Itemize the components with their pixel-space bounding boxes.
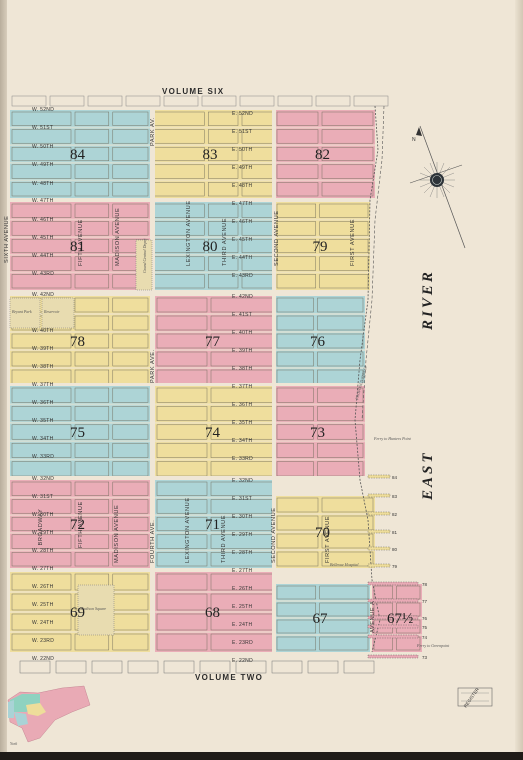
city-block — [308, 661, 338, 673]
pier — [368, 530, 390, 533]
street — [10, 459, 150, 461]
west-street-label: W. 42ND — [32, 292, 54, 298]
east-street-label: E. 38TH — [232, 366, 253, 372]
index-map: 848382818079787776757473 Bryant ParkRese… — [0, 0, 523, 760]
street — [275, 403, 365, 405]
svg-text:York: York — [10, 741, 17, 746]
street — [10, 497, 150, 499]
west-street-label: W. 43RD — [32, 271, 54, 277]
city-block — [354, 96, 388, 106]
pier — [368, 547, 390, 550]
sheet-number: 69 — [70, 605, 85, 621]
major-street — [8, 198, 378, 202]
street — [275, 127, 375, 129]
city-block — [202, 96, 236, 106]
street — [150, 144, 275, 146]
east-street-label: E. 26TH — [232, 586, 253, 592]
street — [155, 313, 275, 315]
sheet-number: 74 — [205, 425, 221, 441]
west-street-label: W. 38TH — [32, 364, 54, 370]
avenue-label: PARK AV. — [150, 117, 156, 146]
street — [275, 179, 375, 181]
east-street-label: E. 35TH — [232, 420, 253, 426]
west-street-label: W. 44TH — [32, 253, 54, 259]
pier-number: 77 — [422, 599, 428, 604]
pier-number: 83 — [392, 494, 398, 499]
pier-number: 74 — [422, 635, 428, 640]
east-street-label: E. 50TH — [232, 147, 253, 153]
sheet-number: 84 — [70, 147, 86, 163]
east-street-label: E. 22ND — [232, 658, 253, 664]
city-block — [272, 661, 302, 673]
pier-number: 84 — [392, 475, 398, 480]
street — [150, 236, 275, 238]
pier-number: 73 — [422, 655, 428, 660]
avenue-label: BROADWAY — [38, 509, 44, 546]
avenue-label: SECOND AVENUE — [271, 507, 277, 563]
sheet-number: 79 — [313, 239, 328, 255]
avenue-label: SIXTH AVENUE — [4, 215, 10, 263]
street — [275, 422, 365, 424]
west-street-label: W. 50TH — [32, 144, 54, 150]
street — [150, 271, 275, 273]
street — [155, 367, 275, 369]
east-street-label: E. 31ST — [232, 496, 252, 502]
sheet-number: 81 — [70, 239, 85, 255]
east-street-label: E. 52ND — [232, 111, 253, 117]
east-street-label: E. 46TH — [232, 219, 253, 225]
street — [10, 271, 150, 273]
west-street-label: W. 27TH — [32, 566, 54, 572]
street — [10, 549, 150, 551]
west-street-label: W. 39TH — [32, 346, 54, 352]
map-note: Ferry to Greenpoint — [416, 643, 450, 648]
sheet-number: 75 — [70, 425, 85, 441]
west-street-label: W. 23RD — [32, 638, 54, 644]
avenue-label: FOURTH AVE. — [150, 520, 156, 563]
map-note: Ferry to Hunters Point — [373, 436, 412, 441]
street — [10, 367, 150, 369]
east-street-label: E. 41ST — [232, 312, 252, 318]
svg-text:REGISTER: REGISTER — [463, 686, 481, 708]
map-note: Bellevue Hospital — [330, 562, 359, 567]
city-block — [164, 661, 194, 673]
pier — [368, 635, 418, 638]
east-street-label: E. 45TH — [232, 237, 253, 243]
east-street-label: E. 34TH — [232, 438, 253, 444]
street — [275, 144, 375, 146]
sheet-number: 78 — [70, 334, 85, 350]
sheet-number: 67½ — [387, 611, 413, 627]
west-street-label: W. 37TH — [32, 382, 54, 388]
east-street-label: E. 39TH — [232, 348, 253, 354]
avenue-label: PARK AVE. — [150, 349, 156, 383]
pier-number: 80 — [392, 547, 398, 552]
east-street-label: E. 36TH — [232, 402, 253, 408]
sheet-number: 80 — [203, 239, 218, 255]
street — [275, 600, 370, 602]
register-stamp: REGISTER — [458, 686, 492, 708]
east-street-label: E. 25TH — [232, 604, 253, 610]
west-street-label: W. 28TH — [32, 548, 54, 554]
west-street-label: W. 52ND — [32, 107, 54, 113]
major-avenue — [272, 104, 276, 660]
major-street — [8, 106, 378, 109]
street — [275, 513, 375, 515]
east-street-label: E. 44TH — [232, 255, 253, 261]
pier-number: 79 — [392, 564, 398, 569]
west-street-label: W. 47TH — [32, 198, 54, 204]
pier-number: 78 — [422, 582, 428, 587]
east-street-label: E. 30TH — [232, 514, 253, 520]
pier — [368, 494, 390, 497]
west-street-label: W. 48TH — [32, 181, 54, 187]
sheet-number: 67 — [313, 611, 329, 627]
volume-two-label: VOLUME TWO — [195, 673, 263, 682]
street — [155, 631, 275, 633]
east-street-label: E. 49TH — [232, 165, 253, 171]
street — [275, 331, 365, 333]
avenue-label: SECOND AVENUE — [274, 210, 280, 266]
city-block — [50, 96, 84, 106]
sheet-number: 70 — [315, 525, 330, 541]
city-block — [316, 96, 350, 106]
west-street-label: W. 25TH — [32, 602, 54, 608]
park-label: Bryant Park — [12, 309, 32, 314]
street — [155, 514, 275, 516]
pier — [368, 655, 418, 658]
avenue-label: THIRD AVENUE — [221, 515, 227, 563]
west-street-label: W. 40TH — [32, 328, 54, 334]
avenue-label: FIRST AVENUE — [350, 219, 356, 266]
street — [155, 331, 275, 333]
west-street-label: W. 35TH — [32, 418, 54, 424]
volume-six-label: VOLUME SIX — [162, 87, 224, 96]
east-street-label: E. 47TH — [232, 201, 253, 207]
east-street-label: E. 40TH — [232, 330, 253, 336]
avenue-label: MADISON AVENUE — [115, 208, 121, 266]
west-street-label: W. 22ND — [32, 656, 54, 662]
city-block — [240, 96, 274, 106]
pier — [368, 512, 390, 515]
sheet-number: 83 — [203, 147, 218, 163]
street — [150, 219, 275, 221]
sheet-number: 71 — [205, 517, 220, 533]
west-street-label: W. 33RD — [32, 454, 54, 460]
east-street-label: E. 23RD — [232, 640, 253, 646]
locator-inset-map: York — [8, 686, 90, 746]
east-street-label: E. 32ND — [232, 478, 253, 484]
street — [155, 422, 275, 424]
west-street-label: W. 31ST — [32, 494, 53, 500]
east-street-label: E. 48TH — [232, 183, 253, 189]
west-street-label: W. 51ST — [32, 125, 53, 131]
street — [275, 271, 370, 273]
east-street-label: E. 33RD — [232, 456, 253, 462]
street — [10, 127, 150, 129]
sheet-number: 82 — [315, 147, 330, 163]
east-street-label: E. 28TH — [232, 550, 253, 556]
compass-rose-icon: N — [410, 126, 465, 248]
street — [150, 127, 275, 129]
city-block — [56, 661, 86, 673]
sheet-number: 76 — [310, 334, 326, 350]
west-street-label: W. 34TH — [32, 436, 54, 442]
street — [155, 591, 275, 593]
pier-number: 75 — [422, 625, 428, 630]
city-block — [128, 661, 158, 673]
east-street-label: E. 29TH — [232, 532, 253, 538]
sheet-number: 72 — [70, 517, 85, 533]
street — [10, 403, 150, 405]
avenue-label: AVENUE A — [370, 601, 376, 633]
city-block — [278, 96, 312, 106]
street — [155, 459, 275, 461]
east-street-label: E. 37TH — [232, 384, 253, 390]
pier-number: 82 — [392, 512, 398, 517]
street — [275, 313, 365, 315]
street — [275, 459, 365, 461]
west-street-label: W. 49TH — [32, 162, 54, 168]
west-street-label: W. 45TH — [32, 235, 54, 241]
city-block — [20, 661, 50, 673]
avenue-label: THIRD AVENUE — [222, 218, 228, 266]
svg-text:N: N — [412, 137, 416, 143]
west-street-label: W. 24TH — [32, 620, 54, 626]
city-block — [88, 96, 122, 106]
east-street-label: E. 51ST — [232, 129, 252, 135]
street — [10, 422, 150, 424]
west-street-label: W. 46TH — [32, 217, 54, 223]
east-street-label: E. 24TH — [232, 622, 253, 628]
city-block — [200, 661, 230, 673]
major-street — [8, 383, 378, 386]
west-street-label: W. 32ND — [32, 476, 54, 482]
avenue-label: LEXINGTON AVENUE — [186, 200, 192, 266]
street — [275, 634, 370, 636]
major-street — [8, 568, 378, 572]
major-street — [8, 476, 378, 480]
city-block — [92, 661, 122, 673]
east-label: EAST — [420, 450, 436, 501]
street — [155, 549, 275, 551]
sheet-number: 73 — [310, 425, 325, 441]
pier — [368, 564, 390, 567]
city-block — [164, 96, 198, 106]
street — [275, 367, 365, 369]
street — [155, 497, 275, 499]
street — [10, 179, 150, 181]
east-street-label: E. 43RD — [232, 273, 253, 279]
east-street-label: E. 42ND — [232, 294, 253, 300]
park-label: Grand Central Depot — [142, 238, 147, 273]
pier-number: 81 — [392, 530, 398, 535]
street — [10, 331, 150, 333]
city-block — [12, 96, 46, 106]
city-block — [344, 661, 374, 673]
west-street-label: W. 36TH — [32, 400, 54, 406]
street — [10, 144, 150, 146]
park-label: Reservoir — [43, 309, 60, 314]
major-street — [8, 654, 378, 657]
street — [150, 179, 275, 181]
pier-number: 76 — [422, 616, 428, 621]
pier — [368, 582, 418, 585]
pier — [368, 475, 390, 478]
west-street-label: W. 26TH — [32, 584, 54, 590]
street — [155, 403, 275, 405]
river-label: RIVER — [420, 269, 436, 331]
major-street — [8, 291, 378, 296]
avenue-label: MADISON AVENUE — [114, 505, 120, 563]
east-street-label: E. 27TH — [232, 568, 253, 574]
avenue-label: LEXINGTON AVENUE — [185, 497, 191, 563]
sheet-number: 77 — [205, 334, 221, 350]
sheet-number: 68 — [205, 605, 220, 621]
